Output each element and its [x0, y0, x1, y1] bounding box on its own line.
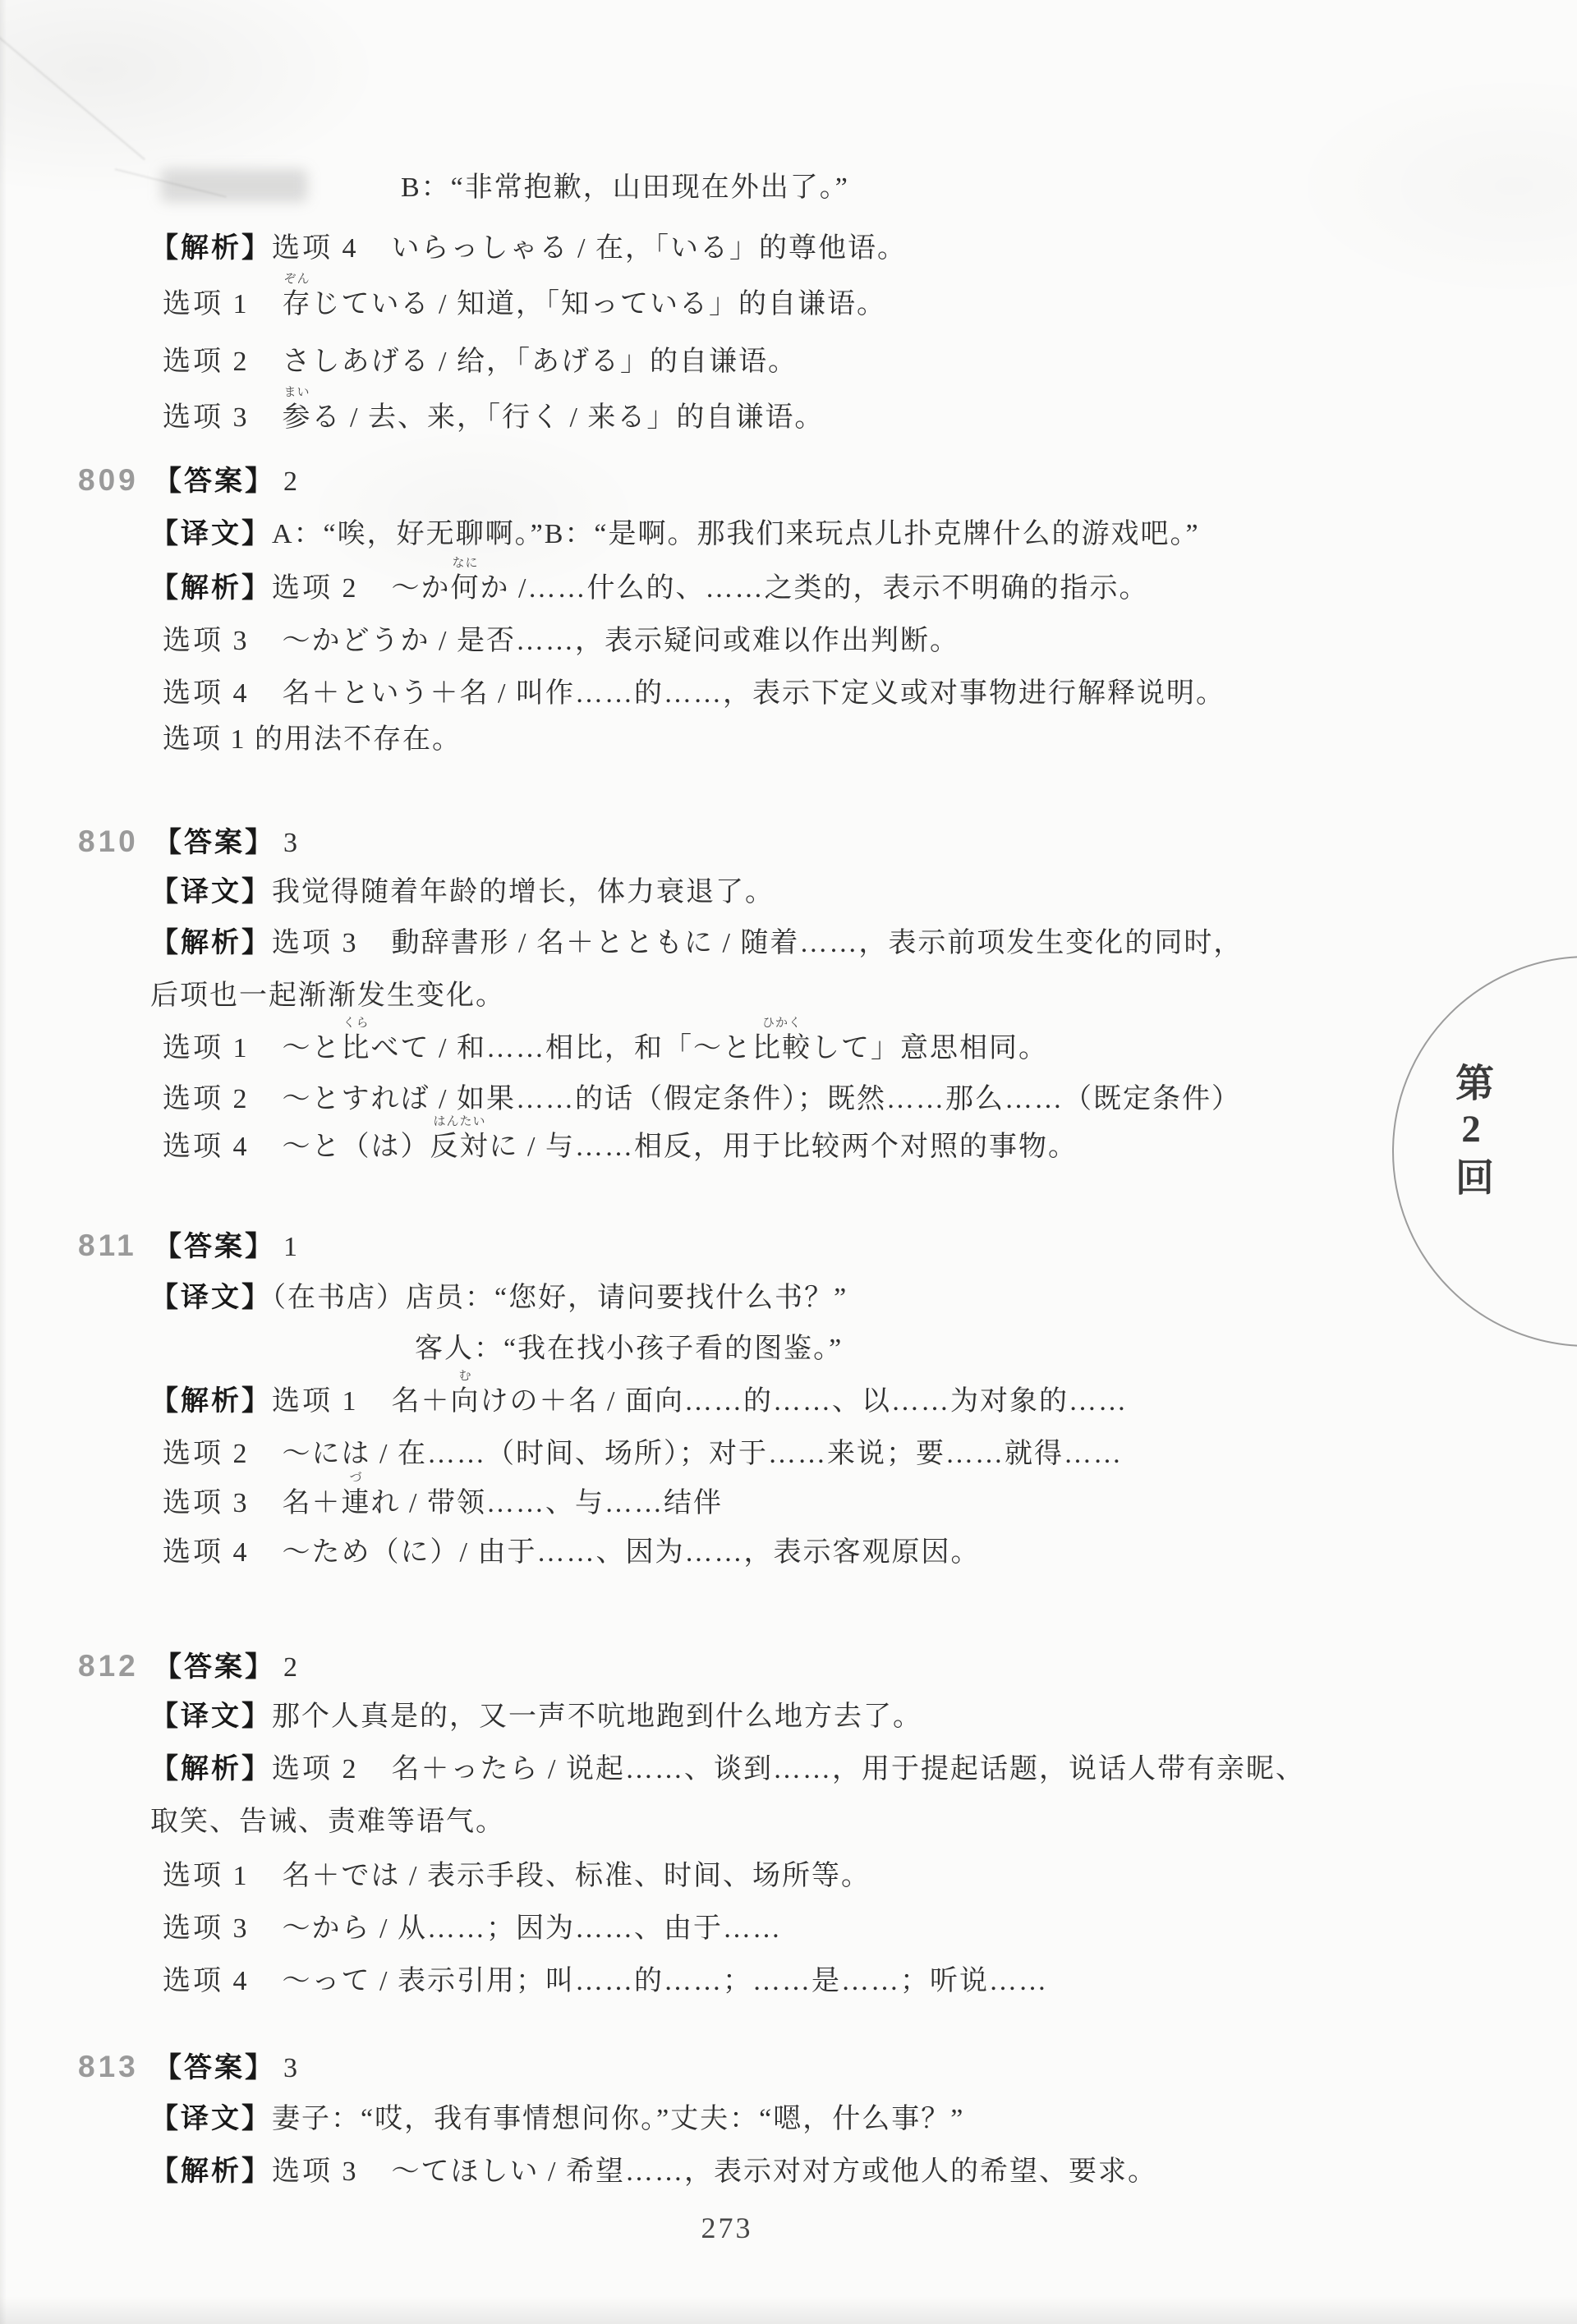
chapter-tab-label: 第2回: [1444, 1063, 1499, 1202]
q809-translation-row: 【译文】A：“唉，好无聊啊。”B：“是啊。那我们来玩点儿扑克牌什么的游戏吧。”: [150, 516, 1200, 553]
q810-option4-row: 选项 4～と（は）反対はんたいに / 与……相反，用于比较两个对照的事物。: [163, 1128, 1078, 1166]
q810-option2-row: 选项 2～とすれば / 如果……的话（假定条件）；既然……那么……（既定条件）: [163, 1081, 1241, 1118]
question-number: 813: [78, 2048, 154, 2086]
q813-answer-row: 813【答案】3: [78, 2048, 299, 2086]
analysis-label: 【解析】: [150, 1386, 272, 1417]
option-label: 选项 4: [163, 1537, 250, 1568]
translation-text: 妻子：“哎，我有事情想问你。”丈夫：“嗯，什么事？”: [272, 2104, 964, 2134]
translation-label: 【译文】: [150, 519, 272, 549]
page-edge-shadow: [0, 0, 7, 2324]
option-label: 选项 4: [272, 233, 359, 264]
translation-label: 【译文】: [150, 2104, 272, 2134]
option-text: ～とすれば / 如果……的话（假定条件）；既然……那么……（既定条件）: [283, 1084, 1241, 1114]
option-text: ～には / 在……（时间、场所）；对于……来说；要……就得……: [283, 1439, 1123, 1469]
option-label: 选项 2: [163, 1439, 250, 1469]
option-label: 选项 3: [272, 2156, 359, 2187]
translation-label: 【译文】: [150, 1283, 272, 1313]
scan-crease-line: [0, 16, 145, 160]
option-text: 名＋連づれ / 带领……、与……结伴: [283, 1488, 723, 1518]
answer-value: 1: [283, 1232, 299, 1262]
prev-option1-row: 选项 1存ぞんじている / 知道，「知っている」的自谦语。: [163, 286, 886, 324]
option-text: ～ため（に）/ 由于……、因为……，表示客观原因。: [283, 1537, 981, 1568]
q811-translation-line2-row: 客人：“我在找小孩子看的图鉴。”: [415, 1330, 843, 1368]
option-label: 选项 3: [163, 1488, 250, 1518]
analysis-label: 【解析】: [150, 928, 272, 958]
option-label: 选项 3: [163, 626, 250, 656]
analysis-text: ～か何なにか /……什么的、……之类的，表示不明确的指示。: [392, 573, 1149, 604]
option-label: 选项 4: [163, 1966, 250, 1996]
q812-translation-row: 【译文】那个人真是的，又一声不吭地跑到什么地方去了。: [150, 1698, 922, 1736]
prev-option3-row: 选项 3参まいる / 去、来，「行く / 来る」的自谦语。: [163, 399, 824, 437]
option-label: 选项 4: [163, 1132, 250, 1162]
answer-value: 2: [283, 466, 299, 497]
prev-dialogue-line: B：“非常抱歉，山田现在外出了。”: [401, 169, 849, 207]
question-number: 811: [78, 1227, 154, 1265]
q812-analysis-continuation-row: 取笑、告诫、责难等语气。: [150, 1803, 505, 1841]
option-text: ～と（は）反対はんたいに / 与……相反，用于比较两个对照的事物。: [283, 1132, 1078, 1162]
translation-label: 【译文】: [150, 1702, 272, 1732]
option-label: 选项 2: [272, 573, 359, 604]
q809-answer-row: 809【答案】2: [78, 462, 299, 499]
q810-option1-row: 选项 1～と比くらべて / 和……相比，和「～と比較ひかくして」意思相同。: [163, 1030, 1048, 1068]
translation-text: 那个人真是的，又一声不吭地跑到什么地方去了。: [272, 1702, 922, 1732]
q813-analysis-row: 【解析】选项 3～てほしい / 希望……，表示对对方或他人的希望、要求。: [150, 2153, 1157, 2191]
option-text: ～から / 从……；因为……、由于……: [283, 1913, 782, 1944]
analysis-label: 【解析】: [150, 573, 272, 604]
option-text: 存ぞんじている / 知道，「知っている」的自谦语。: [283, 289, 886, 319]
option-text: 名＋では / 表示手段、标准、时间、场所等。: [283, 1861, 871, 1891]
option-label: 选项 3: [163, 402, 250, 433]
translation-text: A：“唉，好无聊啊。”B：“是啊。那我们来玩点儿扑克牌什么的游戏吧。”: [272, 519, 1200, 549]
q811-analysis-row: 【解析】选项 1名＋向むけの＋名 / 面向……的……、以……为对象的……: [150, 1383, 1128, 1421]
option-label: 选项 1: [272, 1386, 359, 1417]
translation-label: 【译文】: [150, 877, 272, 907]
analysis-text: 取笑、告诫、责难等语气。: [150, 1807, 505, 1837]
answer-label: 【答案】: [154, 1232, 275, 1262]
option-text: ～と比くらべて / 和……相比，和「～と比較ひかくして」意思相同。: [283, 1033, 1048, 1063]
option-label: 选项 1: [163, 1033, 250, 1063]
prev-option2-row: 选项 2さしあげる / 给，「あげる」的自谦语。: [163, 343, 798, 381]
analysis-text: いらっしゃる / 在，「いる」的尊他语。: [392, 233, 907, 264]
option-label: 选项 3: [163, 1913, 250, 1944]
question-number: 812: [78, 1647, 154, 1685]
answer-value: 2: [283, 1652, 299, 1683]
option-text: ～かどうか / 是否……，表示疑问或难以作出判断。: [283, 626, 959, 656]
q812-answer-row: 812【答案】2: [78, 1647, 299, 1685]
translation-text: 我觉得随着年龄的增长，体力衰退了。: [272, 877, 775, 907]
analysis-text: 名＋ったら / 说起……、谈到……，用于提起话题，说话人带有亲昵、: [392, 1754, 1305, 1784]
ink-bleed-smudge: [161, 169, 307, 202]
q810-translation-row: 【译文】我觉得随着年龄的增长，体力衰退了。: [150, 874, 775, 912]
q812-analysis-row: 【解析】选项 2名＋ったら / 说起……、谈到……，用于提起话题，说话人带有亲昵…: [150, 1751, 1305, 1789]
prev-analysis-row: 【解析】选项 4いらっしゃる / 在，「いる」的尊他语。: [150, 230, 907, 268]
option-label: 选项 2: [163, 1084, 250, 1114]
answer-label: 【答案】: [154, 828, 275, 858]
q812-option1-row: 选项 1名＋では / 表示手段、标准、时间、场所等。: [163, 1858, 871, 1895]
q811-answer-row: 811【答案】1: [78, 1227, 299, 1265]
option-text: さしあげる / 给，「あげる」的自谦语。: [283, 347, 798, 377]
q811-option4-row: 选项 4～ため（に）/ 由于……、因为……，表示客观原因。: [163, 1534, 980, 1572]
option-label: 选项 2: [163, 347, 250, 377]
q809-option4-row: 选项 4名＋という＋名 / 叫作……的……，表示下定义或对事物进行解释说明。: [163, 675, 1225, 713]
note-text: 选项 1 的用法不存在。: [163, 724, 462, 755]
option-text: 参まいる / 去、来，「行く / 来る」的自谦语。: [283, 402, 825, 433]
q809-note-row: 选项 1 的用法不存在。: [163, 721, 462, 759]
dialogue-text: B：“非常抱歉，山田现在外出了。”: [401, 172, 849, 203]
question-number: 809: [78, 462, 154, 499]
analysis-text: ～てほしい / 希望……，表示对对方或他人的希望、要求。: [392, 2156, 1157, 2187]
analysis-text: 后项也一起渐渐发生变化。: [150, 981, 505, 1011]
option-label: 选项 1: [163, 1861, 250, 1891]
q811-option3-row: 选项 3名＋連づれ / 带领……、与……结伴: [163, 1485, 723, 1523]
q809-option3-row: 选项 3～かどうか / 是否……，表示疑问或难以作出判断。: [163, 622, 959, 660]
q810-analysis-row: 【解析】选项 3動辞書形 / 名＋とともに / 随着……，表示前项发生变化的同时…: [150, 925, 1243, 962]
option-label: 选项 3: [272, 928, 359, 958]
option-label: 选项 2: [272, 1754, 359, 1784]
option-label: 选项 4: [163, 678, 250, 709]
q810-answer-row: 810【答案】3: [78, 823, 299, 861]
q811-translation-row: 【译文】（在书店）店员：“您好，请问要找什么书？”: [150, 1279, 848, 1317]
analysis-text: 動辞書形 / 名＋とともに / 随着……，表示前项发生变化的同时，: [392, 928, 1244, 958]
translation-text: 客人：“我在找小孩子看的图鉴。”: [415, 1334, 843, 1364]
answer-label: 【答案】: [154, 466, 275, 497]
analysis-label: 【解析】: [150, 2156, 272, 2187]
question-number: 810: [78, 823, 154, 861]
option-text: 名＋という＋名 / 叫作……的……，表示下定义或对事物进行解释说明。: [283, 678, 1225, 709]
q810-analysis-continuation-row: 后项也一起渐渐发生变化。: [150, 977, 505, 1015]
answer-value: 3: [283, 2053, 299, 2083]
q809-analysis-row: 【解析】选项 2～か何なにか /……什么的、……之类的，表示不明确的指示。: [150, 570, 1148, 608]
analysis-text: 名＋向むけの＋名 / 面向……的……、以……为对象的……: [392, 1386, 1128, 1417]
q813-translation-row: 【译文】妻子：“哎，我有事情想问你。”丈夫：“嗯，什么事？”: [150, 2101, 964, 2138]
page-bottom-shadow: [0, 2296, 1577, 2324]
analysis-label: 【解析】: [150, 1754, 272, 1784]
q812-option3-row: 选项 3～から / 从……；因为……、由于……: [163, 1910, 782, 1948]
page-number: 273: [645, 2211, 809, 2245]
option-text: ～って / 表示引用；叫……的……；……是……；听说……: [283, 1966, 1048, 1996]
answer-label: 【答案】: [154, 2053, 275, 2083]
translation-text: （在书店）店员：“您好，请问要找什么书？”: [272, 1283, 848, 1313]
answer-value: 3: [283, 828, 299, 858]
q812-option4-row: 选项 4～って / 表示引用；叫……的……；……是……；听说……: [163, 1963, 1048, 2000]
scanned-book-page: 第2回 B：“非常抱歉，山田现在外出了。” 【解析】选项 4いらっしゃる / 在…: [0, 0, 1577, 2324]
analysis-label: 【解析】: [150, 233, 272, 264]
answer-label: 【答案】: [154, 1652, 275, 1683]
q811-option2-row: 选项 2～には / 在……（时间、场所）；对于……来说；要……就得……: [163, 1435, 1123, 1473]
option-label: 选项 1: [163, 289, 250, 319]
